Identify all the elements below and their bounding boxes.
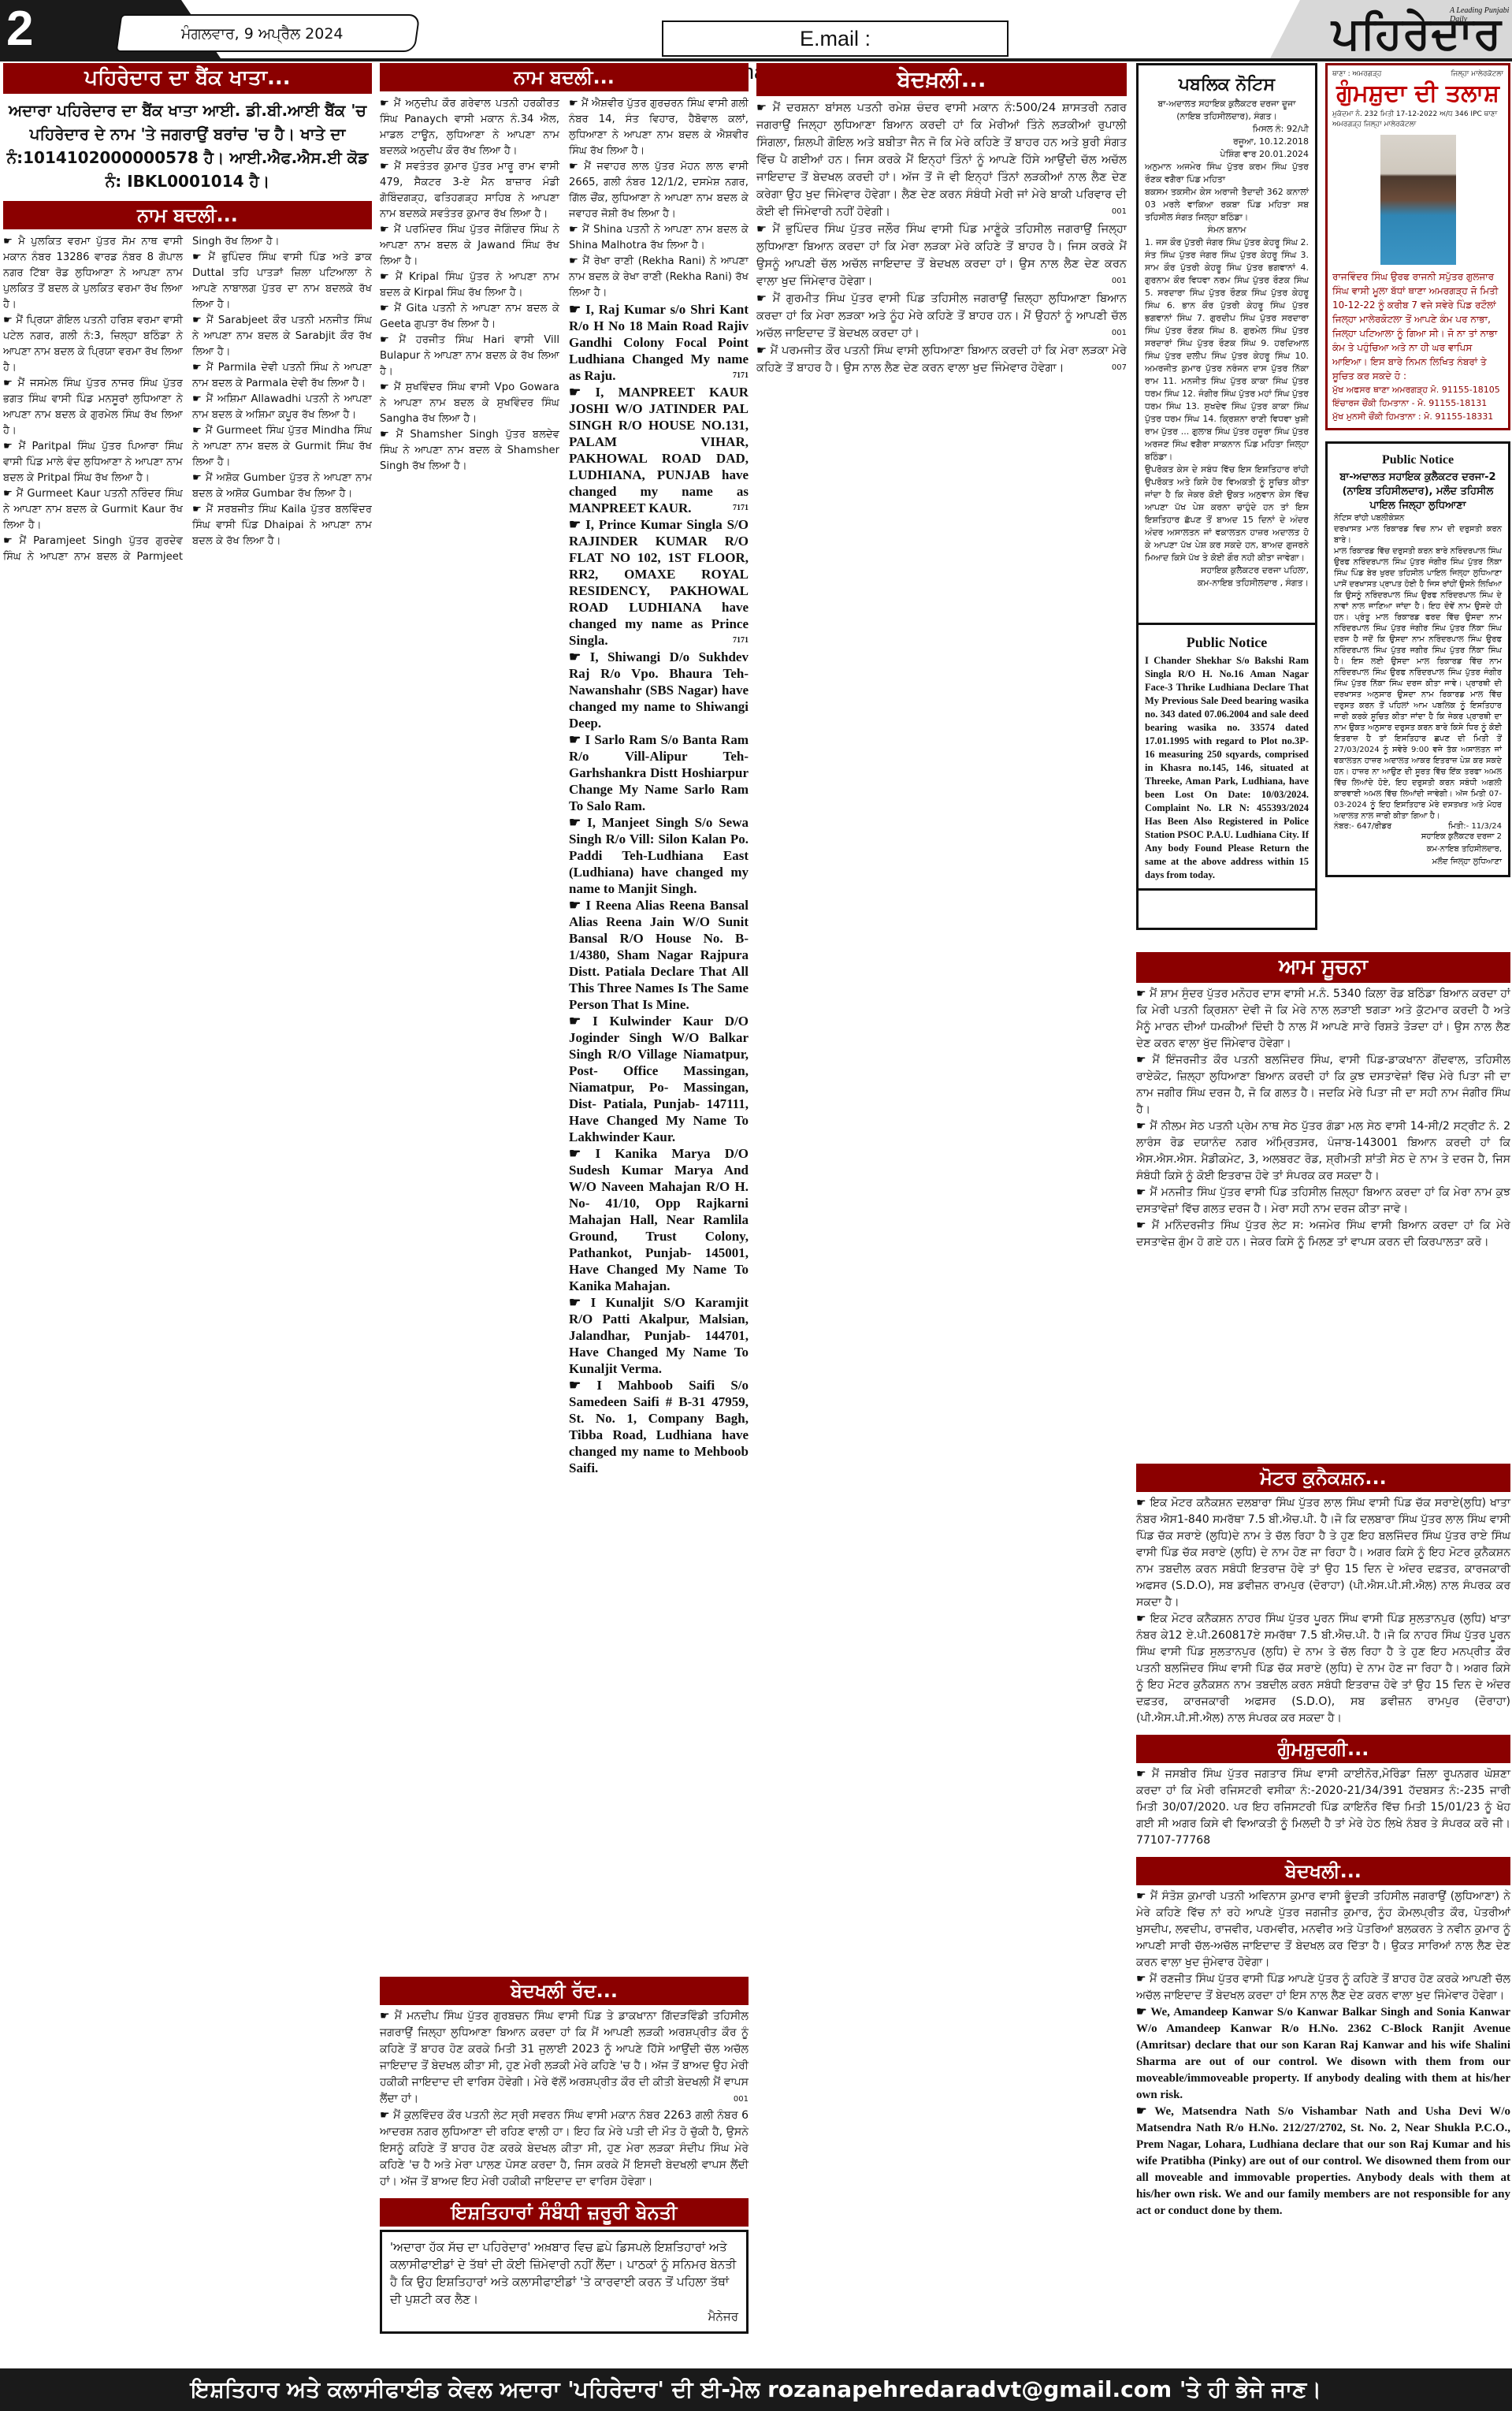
pointing-hand-icon: ☛	[3, 488, 17, 500]
signature-1: ਸਹਾਇਕ ਕੁਲੈਕਟਰ ਦਰਜਾ 2	[1334, 831, 1502, 843]
list-item: ☛ ਮੈਂ Parmila ਦੇਵੀ ਪਤਨੀ ਸਿੰਘ ਨੇ ਆਪਣਾ ਨਾਮ…	[192, 360, 372, 392]
public-notice-2-box: Public Notice ਬਾ-ਅਦਾਲਤ ਸਹਾਇਕ ਕੁਲੈਕਟਰ ਦਰਜ…	[1325, 441, 1510, 877]
pointing-hand-icon: ☛	[569, 98, 581, 110]
missing-person-photo	[1380, 135, 1456, 265]
notice-body: ਉਪਰੋਕਤ ਕੇਸ ਦੇ ਸਬੰਧ ਵਿੱਚ ਇਸ ਇਸ਼ਤਿਹਾਰ ਰਾਂਹ…	[1145, 463, 1309, 564]
pointing-hand-icon: ☛	[192, 472, 206, 484]
signature-3: ਮਲੌਦ ਜਿਲ੍ਹਾ ਲੁਧਿਆਣਾ	[1334, 856, 1502, 869]
name-change-columns: ☛ ਮੈਂ ਅਨੁਦੀਪ ਕੌਰ ਗਰੇਵਾਲ ਪਤਨੀ ਹਰਕੀਰਤ ਸਿੰਘ…	[380, 96, 749, 1972]
list-item: ☛ I Mahboob Saifi S/o Samedeen Saifi # B…	[569, 1377, 749, 1476]
notice-number: ਨੰਬਰ:- 647/ਰੀਡਰ	[1334, 822, 1391, 831]
list-item: ☛ ਮੈਂ Shina ਪਤਨੀ ਨੇ ਆਪਣਾ ਨਾਮ ਬਦਲ ਕੇ Shin…	[569, 222, 749, 254]
list-item: ☛ ਮੈਂ ਜਸਮੇਲ ਸਿੰਘ ਪੁੱਤਰ ਨਾਜਰ ਸਿੰਘ ਪੁੱਤਰ ਭ…	[3, 376, 183, 439]
list-item: ☛ ਮੈਂ ਸਰਬਜੀਤ ਸਿੰਘ Kaila ਪੁੱਤਰ ਬਲਵਿੰਦਰ ਸਿ…	[192, 502, 372, 549]
hearing-date: ਪੇਸ਼ਿੰਗ ਵਾਰ 20.01.2024	[1145, 148, 1309, 161]
missing-description: ਰਾਜਵਿੰਦਰ ਸਿੰਘ ਉਰਫ ਰਾਜਨੀ ਸਪੁੱਤਰ ਗੁਲਜਾਰ ਸਿ…	[1332, 270, 1503, 383]
column-disinherit: ਬੇਦਖ਼ਲੀ... ☛ ਮੈਂ ਦਰਸ਼ਨਾ ਬਾਂਸਲ ਪਤਨੀ ਰਮੇਸ਼…	[756, 63, 1127, 2330]
signature-2: ਕਮ-ਨਾਇਬ ਤਹਿਸੀਲਦਾਰ,	[1334, 843, 1502, 856]
pointing-hand-icon: ☛	[3, 441, 19, 452]
list-item: ☛ I, MANPREET KAUR JOSHI W/O JATINDER PA…	[569, 384, 749, 516]
list-item: ☛ ਮੈਂ ਸੰਤੋਸ਼ ਕੁਮਾਰੀ ਪਤਨੀ ਅਵਿਨਾਸ ਕੁਮਾਰ ਵਾ…	[1136, 1888, 1510, 1971]
pointing-hand-icon: ☛	[380, 334, 399, 346]
issue-date: ਮੰਗਲਵਾਰ, 9 ਅਪ੍ਰੈਲ 2024	[181, 25, 344, 43]
list-item: ☛ I, Manjeet Singh S/o Sewa Singh R/o Vi…	[569, 814, 749, 897]
list-item: ☛ ਮੈਂ ਸੁਖਵਿੰਦਰ ਸਿੰਘ ਵਾਸੀ Vpo Gowara ਨੇ ਆ…	[380, 380, 559, 427]
pointing-hand-icon: ☛	[192, 314, 206, 326]
general-notice-heading: ਆਮ ਸੂਚਨਾ	[1136, 952, 1510, 983]
list-item: ☛ ਮੈ ਪੁਲਕਿਤ ਵਰਮਾ ਪੁੱਤਰ ਸੋਮ ਨਾਥ ਵਾਸੀ ਮਕਾਨ…	[3, 234, 183, 313]
lost-heading: ਗੁੰਮਸ਼ੁਦਗੀ...	[1136, 1735, 1510, 1763]
disinherit-right-list: ☛ ਮੈਂ ਸੰਤੋਸ਼ ਕੁਮਾਰੀ ਪਤਨੀ ਅਵਿਨਾਸ ਕੁਮਾਰ ਵਾ…	[1136, 1888, 1510, 2219]
list-item: ☛ ਇਕ ਮੋਟਰ ਕਨੈਕਸ਼ਨ ਦਲਬਾਰਾ ਸਿੰਘ ਪੁੱਤਰ ਲਾਲ …	[1136, 1495, 1510, 1611]
pointing-hand-icon: ☛	[192, 251, 208, 263]
pointing-hand-icon: ☛	[569, 255, 582, 267]
public-notice-en-body: I Chander Shekhar S/o Bakshi Ram Singla …	[1145, 654, 1309, 882]
bank-heading: ਪਹਿਰੇਦਾਰ ਦਾ ਬੈਂਕ ਖਾਤਾ...	[3, 63, 372, 94]
list-item: ☛ ਮੈਂ ਸਵਤੰਤਰ ਕੁਮਾਰ ਪੁੱਤਰ ਮਾਰੂ ਰਾਮ ਵਾਸੀ 4…	[380, 159, 559, 222]
list-item: ☛ ਮੈਂ ਸ਼ਾਮ ਸੁੰਦਰ ਪੁੱਤਰ ਮਨੋਹਰ ਦਾਸ ਵਾਸੀ ਮ.…	[1136, 986, 1510, 1052]
list-item: ☛ ਮੈਂ ਹਰਜੀਤ ਸਿੰਘ Hari ਵਾਸੀ Vill Bulapur …	[380, 333, 559, 380]
pointing-hand-icon: ☛	[3, 314, 16, 326]
name-change-heading-mid: ਨਾਮ ਬਦਲੀ...	[380, 63, 749, 91]
list-item: ☛ I, Raj Kumar s/o Shri Kant R/o H No 18…	[569, 301, 749, 384]
column-missing: ਥਾਣਾ : ਅਮਰਗੜ੍ਹ ਜਿਲ੍ਹਾ ਮਾਲੇਰਕੋਟਲਾ ਗੁੰਮਸ਼ੁ…	[1325, 63, 1510, 877]
list-item: ☛ ਮੈਂ ਕੁਲਵਿੰਦਰ ਕੌਰ ਪਤਨੀ ਲੇਟ ਸ੍ਰੀ ਸਵਰਨ ਸਿ…	[380, 2108, 749, 2190]
list-item: ☛ ਮੈਂ ਪ੍ਰਿਯਾ ਗੋਇਲ ਪਤਨੀ ਹਰਿਸ਼ ਵਰਮਾ ਵਾਸੀ ਪ…	[3, 313, 183, 376]
public-notice-2-title: Public Notice	[1334, 453, 1502, 467]
pointing-hand-icon: ☛	[192, 504, 206, 515]
pointing-hand-icon: ☛	[192, 393, 206, 405]
disinherit-heading: ਬੇਦਖ਼ਲੀ...	[756, 63, 1127, 96]
pointing-hand-icon: ☛	[380, 98, 394, 110]
notice-sub-1: ਨੋਟਿਸ ਰਾਂਹੀ ਪਬਲੀਕੇਸ਼ਨ	[1334, 513, 1502, 524]
list-item: ☛ ਮੈਂ Paritpal ਸਿੰਘ ਪੁੱਤਰ ਪਿਆਰਾ ਸਿੰਘ ਵਾਸ…	[3, 439, 183, 486]
pointing-hand-icon: ☛	[380, 271, 396, 283]
list-item: ☛ ਮੈਂ ਐਸ਼ਵੀਰ ਪੁੱਤਰ ਗੁਰਚਰਨ ਸਿੰਘ ਵਾਸੀ ਗਲੀ …	[569, 96, 749, 159]
list-item: ☛ ਮੈਂ ਗੁਰਮੀਤ ਸਿੰਘ ਪੁੱਤਰ ਵਾਸੀ ਪਿੰਡ ਤਹਿਸੀਲ…	[756, 290, 1127, 342]
signature-2: ਕਮ-ਨਾਇਬ ਤਹਿਸੀਲਦਾਰ , ਸੰਗਤ।	[1145, 577, 1309, 590]
ad-request-body: 'ਅਦਾਰਾ ਹੱਕ ਸੱਚ ਦਾ ਪਹਿਰੇਦਾਰ' ਅਖ਼ਬਾਰ ਵਿਚ ਛ…	[390, 2238, 738, 2308]
list-item: ☛ I, Prince Kumar Singla S/O RAJINDER KU…	[569, 516, 749, 649]
english-name-change-list: ☛ I, Raj Kumar s/o Shri Kant R/o H No 18…	[569, 301, 749, 1476]
list-item: ☛ ਮੈਂ ਦਰਸ਼ਨਾ ਬਾਂਸਲ ਪਤਨੀ ਰਮੇਸ਼ ਚੰਦਰ ਵਾਸੀ …	[756, 99, 1127, 221]
pointing-hand-icon: ☛	[380, 224, 394, 236]
pointing-hand-icon: ☛	[380, 429, 396, 441]
pointing-hand-icon: ☛	[569, 161, 584, 173]
contact-row: ਮੁੱਖ ਮੁਨਸੀ ਚੌਂਕੀ ਹਿਮਤਾਨਾ : ਮੋ. 91155-183…	[1332, 410, 1503, 423]
pointing-hand-icon: ☛	[3, 378, 18, 389]
list-item: ☛ We, Amandeep Kanwar S/o Kanwar Balkar …	[1136, 2004, 1510, 2104]
pointing-hand-icon: ☛	[380, 381, 394, 393]
case-details: ਮੁਕੱਦਮਾ ਨੰ. 232 ਮਿਤੀ 17-12-2022 ਅ/ਧ 346 …	[1332, 110, 1503, 130]
public-notice-title: ਪਬਲਿਕ ਨੋਟਿਸ	[1145, 75, 1309, 95]
parties: ਅਨੁਮਾਨ ਅਜਮੇਰ ਸਿੰਘ ਪੁੱਤਰ ਕਰਮ ਸਿੰਘ ਪੁੱਤਰ ਰ…	[1145, 161, 1309, 186]
disinherit-list: ☛ ਮੈਂ ਦਰਸ਼ਨਾ ਬਾਂਸਲ ਪਤਨੀ ਰਮੇਸ਼ ਚੰਦਰ ਵਾਸੀ …	[756, 99, 1127, 2330]
masthead-email[interactable]: E.mail : rozanapehredar@gmail.com	[662, 20, 1009, 57]
court-name-2: ਬਾ-ਅਦਾਲਤ ਸਹਾਇਕ ਕੁਲੈਕਟਰ ਦਰਜਾ-2 (ਨਾਇਬ ਤਹਿਸ…	[1334, 471, 1502, 513]
lost-list: ☛ ਮੈਂ ਜਸਬੀਰ ਸਿੰਘ ਪੁੱਤਰ ਜਗਤਾਰ ਸਿੰਘ ਵਾਸੀ ਕ…	[1136, 1766, 1510, 1849]
contact-list: ਮੁੱਖ ਅਫਸਰ ਥਾਣਾ ਅਮਰਗੜ੍ਹ ਮੋ. 91155-18105 ਇ…	[1332, 383, 1503, 423]
list-item: ☛ ਮੈਂ ਮਨਿੰਦਰਜੀਤ ਸਿੰਘ ਪੁੱਤਰ ਲੇਟ ਸ: ਅਜਮੇਰ …	[1136, 1218, 1510, 1251]
notice-date: ਮਿਤੀ:- 11/3/24	[1448, 822, 1502, 831]
list-item: ☛ ਮੈਂ ਭੁਪਿੰਦਰ ਸਿੰਘ ਪੁੱਤਰ ਜਲੌਰ ਸਿੰਘ ਵਾਸੀ …	[756, 221, 1127, 290]
summons-list: 1. ਜਸ ਕੌਰ ਪੁੱਤਰੀ ਜੰਗਰ ਸਿੰਘ ਪੁੱਤਰ ਕੇਹਰੂ ਸ…	[1145, 236, 1309, 463]
column-left: ਪਹਿਰੇਦਾਰ ਦਾ ਬੈਂਕ ਖਾਤਾ... ਅਦਾਰਾ ਪਹਿਰੇਦਾਰ …	[3, 63, 372, 2338]
list-item: ☛ I Kanika Marya D/O Sudesh Kumar Marya …	[569, 1145, 749, 1294]
list-item: ☛ ਮੈਂ Gita ਪਤਨੀ ਨੇ ਆਪਣਾ ਨਾਮ ਬਦਲ ਕੇ Geeta…	[380, 301, 559, 333]
name-change-list-mid: ☛ ਮੈਂ ਅਨੁਦੀਪ ਕੌਰ ਗਰੇਵਾਲ ਪਤਨੀ ਹਰਕੀਰਤ ਸਿੰਘ…	[380, 96, 559, 1972]
missing-title: ਗੁੰਮਸ਼ੁਦਾ ਦੀ ਤਲਾਸ਼	[1332, 78, 1503, 110]
list-item: ☛ ਮੈਂ ਪਰਮਿੰਦਰ ਸਿੰਘ ਪੁੱਤਰ ਜੋਗਿੰਦਰ ਸਿੰਘ ਨੇ…	[380, 222, 559, 270]
signature-1: ਸਹਾਇਕ ਕੁਲੈਕਟਰ ਦਰਜਾ ਪਹਿਲਾ,	[1145, 564, 1309, 577]
name-change-list-mid-2: ☛ ਮੈਂ ਐਸ਼ਵੀਰ ਪੁੱਤਰ ਗੁਰਚਰਨ ਸਿੰਘ ਵਾਸੀ ਗਲੀ …	[569, 96, 749, 1972]
ad-request-box: 'ਅਦਾਰਾ ਹੱਕ ਸੱਚ ਦਾ ਪਹਿਰੇਦਾਰ' ਅਖ਼ਬਾਰ ਵਿਚ ਛ…	[380, 2230, 749, 2334]
missing-person-notice: ਥਾਣਾ : ਅਮਰਗੜ੍ਹ ਜਿਲ੍ਹਾ ਮਾਲੇਰਕੋਟਲਾ ਗੁੰਮਸ਼ੁ…	[1325, 63, 1510, 430]
name-change-heading-left: ਨਾਮ ਬਦਲੀ...	[3, 201, 372, 229]
footer-banner: ਇਸ਼ਤਿਹਾਰ ਅਤੇ ਕਲਾਸੀਫਾਈਡ ਕੇਵਲ ਅਦਾਰਾ 'ਪਹਿਰੇ…	[0, 2368, 1512, 2411]
list-item: ☛ ਮੈਂ ਨੀਲਮ ਸੇਠ ਪਤਨੀ ਪ੍ਰੇਮ ਨਾਥ ਸੇਠ ਪੁੱਤਰ …	[1136, 1118, 1510, 1185]
pointing-hand-icon: ☛	[3, 236, 18, 247]
masthead: 2 ਮੰਗਲਵਾਰ, 9 ਅਪ੍ਰੈਲ 2024 E.mail : rozana…	[0, 0, 1512, 61]
case-number: ਮਿਸਲ ਨੰ: 92/ਪੀ	[1145, 123, 1309, 136]
notice-sub-2: ਦਰਖਾਸਤ ਮਾਲ ਰਿਕਾਰਡ ਵਿਚ ਨਾਮ ਦੀ ਦਰੁਸਤੀ ਕਰਨ …	[1334, 524, 1502, 546]
disinherit-withdraw-list: ☛ ਮੈਂ ਮਨਦੀਪ ਸਿੰਘ ਪੁੱਤਰ ਗੁਰਬਚਨ ਸਿੰਘ ਵਾਸੀ …	[380, 2008, 749, 2190]
pointing-hand-icon: ☛	[192, 425, 206, 437]
pointing-hand-icon: ☛	[380, 303, 394, 314]
ad-request-signature: ਮੈਨੇਜਰ	[390, 2308, 738, 2325]
ad-request-heading: ਇਸ਼ਤਿਹਾਰਾਂ ਸੰਬੰਧੀ ਜ਼ਰੂਰੀ ਬੇਨਤੀ	[380, 2198, 749, 2227]
list-item: ☛ I Kulwinder Kaur D/O Joginder Singh W/…	[569, 1013, 749, 1145]
list-item: ☛ ਮੈਂ ਅਨੁਦੀਪ ਕੌਰ ਗਰੇਵਾਲ ਪਤਨੀ ਹਰਕੀਰਤ ਸਿੰਘ…	[380, 96, 559, 159]
motor-connection-list: ☛ ਇਕ ਮੋਟਰ ਕਨੈਕਸ਼ਨ ਦਲਬਾਰਾ ਸਿੰਘ ਪੁੱਤਰ ਲਾਲ …	[1136, 1495, 1510, 1727]
list-item: ☛ ਮੈਂ ਮਨਜੀਤ ਸਿੰਘ ਪੁੱਤਰ ਵਾਸੀ ਪਿੰਡ ਤਹਿਸੀਲ …	[1136, 1185, 1510, 1218]
bank-account-info: ਅਦਾਰਾ ਪਹਿਰੇਦਾਰ ਦਾ ਬੈਂਕ ਖਾਤਾ ਆਈ. ਡੀ.ਬੀ.ਆਈ…	[3, 94, 372, 198]
list-item: ☛ ਇਕ ਮੋਟਰ ਕਨੈਕਸ਼ਨ ਨਾਹਰ ਸਿੰਘ ਪੁੱਤਰ ਪੂਰਨ ਸ…	[1136, 1611, 1510, 1727]
pointing-hand-icon: ☛	[380, 161, 394, 173]
list-item: ☛ I Reena Alias Reena Bansal Alias Reena…	[569, 897, 749, 1013]
list-item: ☛ ਮੈਂ Kripal ਸਿੰਘ ਪੁੱਤਰ ਨੇ ਆਪਣਾ ਨਾਮ ਬਦਲ …	[380, 270, 559, 301]
list-item: ☛ ਮੈਂ ਇੰਜਰਜੀਤ ਕੌਰ ਪਤਨੀ ਬਲਜਿੰਦਰ ਸਿੰਘ, ਵਾਸ…	[1136, 1052, 1510, 1118]
list-item: ☛ ਮੈਂ ਰਣਜੀਤ ਸਿੰਘ ਪੁੱਤਰ ਵਾਸੀ ਪਿੰਡ ਆਪਣੇ ਪੁ…	[1136, 1971, 1510, 2004]
list-item: ☛ ਮੈਂ ਭੁਪਿੰਦਰ ਸਿੰਘ ਵਾਸੀ ਪਿੰਡ ਅਤੇ ਡਾਕ Dut…	[192, 250, 372, 313]
pointing-hand-icon: ☛	[569, 224, 582, 236]
list-item: ☛ We, Matsendra Nath S/o Vishambar Nath …	[1136, 2104, 1510, 2219]
list-item: ☛ ਮੈਂ Sarabjeet ਕੌਰ ਪਤਨੀ ਮਨਜੀਤ ਸਿੰਘ ਨੇ ਆ…	[192, 313, 372, 360]
court-name: ਬਾ-ਅਦਾਲਤ ਸਹਾਇਕ ਕੁਲੈਕਟਰ ਦਰਜਾ ਦੂਜਾ (ਨਾਇਬ ਤ…	[1145, 98, 1309, 123]
motor-connection-heading: ਮੋਟਰ ਕੁਨੈਕਸ਼ਨ...	[1136, 1464, 1510, 1492]
list-item: ☛ ਮੈਂ ਅਸ਼ਿਮਾ Allawadhi ਪਤਨੀ ਨੇ ਆਪਣਾ ਨਾਮ …	[192, 392, 372, 423]
column-middle: ਨਾਮ ਬਦਲੀ... ☛ ਮੈਂ ਅਨੁਦੀਪ ਕੌਰ ਗਰੇਵਾਲ ਪਤਨੀ…	[380, 63, 749, 2334]
list-item: ☛ ਮੈਂ ਜਸਬੀਰ ਸਿੰਘ ਪੁੱਤਰ ਜਗਤਾਰ ਸਿੰਘ ਵਾਸੀ ਕ…	[1136, 1766, 1510, 1849]
name-change-list-left: ☛ ਮੈ ਪੁਲਕਿਤ ਵਰਮਾ ਪੁੱਤਰ ਸੋਮ ਨਾਥ ਵਾਸੀ ਮਕਾਨ…	[3, 234, 372, 2338]
filed-date: ਰਜੂਆ, 10.12.2018	[1145, 136, 1309, 148]
list-item: ☛ ਮੈਂ Gurmeet Kaur ਪਤਨੀ ਨਰਿੰਦਰ ਸਿੰਘ ਨੇ ਆ…	[3, 486, 183, 534]
list-item: ☛ ਮੈਂ ਜਵਾਹਰ ਲਾਲ ਪੁੱਤਰ ਮੋਹਨ ਲਾਲ ਵਾਸੀ 2665…	[569, 159, 749, 222]
list-item: ☛ ਮੈਂ ਅਸ਼ੋਕ Gumber ਪੁੱਤਰ ਨੇ ਆਪਣਾ ਨਾਮ ਬਦਲ…	[192, 471, 372, 502]
public-notice-en-box: Public Notice I Chander Shekhar S/o Baks…	[1136, 623, 1317, 891]
notice-2-body: ਮਾਲ ਰਿਕਾਰਡ ਵਿੱਚ ਦਰੁਸਤੀ ਕਰਨ ਬਾਰੇ ਨਰਿੰਦਰਪਾ…	[1334, 546, 1502, 822]
contact-row: ਇੰਚਾਰਜ ਚੌਂਕੀ ਹਿਮਤਾਨਾ - ਮੋ. 91155-18131	[1332, 396, 1503, 410]
subject: ਬਕਸਮ ਤਕਸੀਮ ਕੇਸ ਅਰਾਜੀ ਤੈਦਾਦੀ 362 ਕਨਾਲਾਂ 0…	[1145, 186, 1309, 224]
disinherit-right-heading: ਬੇਦਖਲੀ...	[1136, 1857, 1510, 1885]
pointing-hand-icon: ☛	[3, 535, 20, 547]
list-item: ☛ ਮੈਂ ਮਨਦੀਪ ਸਿੰਘ ਪੁੱਤਰ ਗੁਰਬਚਨ ਸਿੰਘ ਵਾਸੀ …	[380, 2008, 749, 2108]
list-item: ☛ I Kunaljit S/O Karamjit R/O Patti Akal…	[569, 1294, 749, 1377]
summons-label: ਸੰਮਨ ਬਨਾਮ	[1145, 224, 1309, 236]
public-notice-en-title: Public Notice	[1145, 634, 1309, 651]
pointing-hand-icon: ☛	[192, 362, 206, 374]
police-station: ਥਾਣਾ : ਅਮਰਗੜ੍ਹ	[1332, 70, 1381, 78]
list-item: ☛ I Sarlo Ram S/o Banta Ram R/o Vill-Ali…	[569, 731, 749, 814]
list-item: ☛ ਮੈਂ Gurmeet ਸਿੰਘ ਪੁੱਤਰ Mindha ਸਿੰਘ ਨੇ …	[192, 423, 372, 471]
column-right-lower: ਆਮ ਸੂਚਨਾ ☛ ਮੈਂ ਸ਼ਾਮ ਸੁੰਦਰ ਪੁੱਤਰ ਮਨੋਹਰ ਦਾ…	[1136, 952, 1510, 2219]
general-notice-list: ☛ ਮੈਂ ਸ਼ਾਮ ਸੁੰਦਰ ਪੁੱਤਰ ਮਨੋਹਰ ਦਾਸ ਵਾਸੀ ਮ.…	[1136, 986, 1510, 1459]
list-item: ☛ ਮੈਂ Shamsher Singh ਪੁੱਤਰ ਬਲਦੇਵ ਸਿੰਘ ਨੇ…	[380, 427, 559, 474]
district: ਜਿਲ੍ਹਾ ਮਾਲੇਰਕੋਟਲਾ	[1451, 70, 1503, 78]
masthead-rule	[0, 58, 1512, 61]
page-number: 2	[6, 3, 33, 55]
list-item: ☛ ਮੈਂ ਰੇਖਾ ਰਾਣੀ (Rekha Rani) ਨੇ ਆਪਣਾ ਨਾਮ…	[569, 254, 749, 301]
list-item: ☛ ਮੈਂ ਪਰਮਜੀਤ ਕੌਰ ਪਤਨੀ ਸਿੰਘ ਵਾਸੀ ਲੁਧਿਆਣਾ …	[756, 342, 1127, 377]
disinherit-withdraw-heading: ਬੇਦਖਲੀ ਰੱਦ...	[380, 1977, 749, 2005]
list-item: ☛ I, Shiwangi D/o Sukhdev Raj R/o Vpo. B…	[569, 649, 749, 731]
contact-row: ਮੁੱਖ ਅਫਸਰ ਥਾਣਾ ਅਮਰਗੜ੍ਹ ਮੋ. 91155-18105	[1332, 383, 1503, 396]
logo-tagline: A Leading Punjabi Daily	[1450, 6, 1512, 24]
